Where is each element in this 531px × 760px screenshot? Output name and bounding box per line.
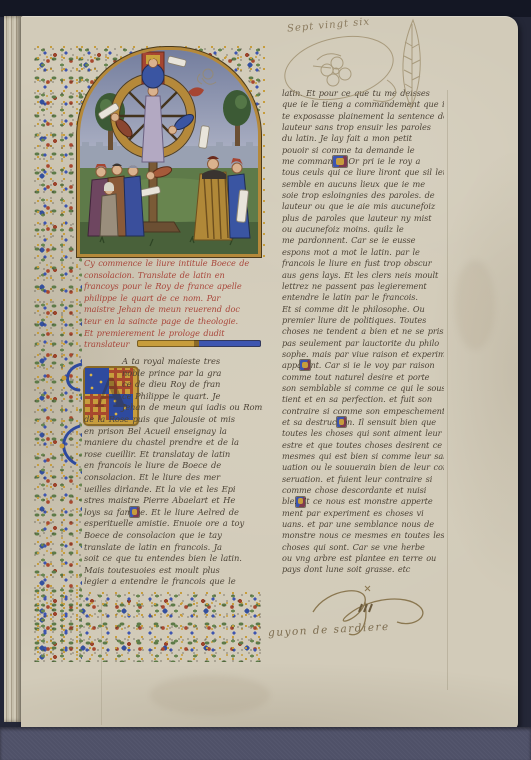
miniature-painting (80, 50, 258, 254)
manuscript-text-line: stres maistre Pierre Abaelart et He (84, 495, 263, 507)
manuscript-text-line: estre et que toutes choses desirent ce (282, 440, 444, 451)
backdrop-top-band (0, 0, 531, 17)
manuscript-text-line: Boece de consolacion que ie tay (84, 530, 263, 542)
manuscript-text-line: comme chose descordante et nuisi (282, 485, 444, 496)
champ-initial (296, 497, 305, 507)
manuscript-text-line: du latin. Je lay fait a mon petit (282, 133, 444, 144)
manuscript-text-line: contraire si comme son empeschement (282, 406, 444, 417)
manuscript-text-line: espons mot a mot le latin. par le (282, 247, 444, 258)
manuscript-text-line: en prison Bel Acueil enseignay la (84, 426, 263, 438)
manuscript-text-line: noble prince par la gra (84, 368, 263, 380)
manuscript-text-line: lauteur ou que ie aie mis aucunefoiz (282, 201, 444, 212)
manuscript-text-line: francoys pour le Roy de france apelle (84, 281, 263, 293)
king-regno (142, 52, 164, 88)
manuscript-text-line: aus gens lays. Et les clers neis moult (282, 270, 444, 281)
manuscript-text-line: mesmes qui est bien si comme leur sal (282, 451, 444, 462)
champ-initial (300, 360, 310, 370)
wheel-of-fortune-miniature (80, 50, 258, 254)
text-column-left: A ta royal maieste tresnoble prince par … (84, 356, 263, 588)
manuscript-text-line: Mais toutesuoies est moult plus (84, 565, 263, 577)
manuscript-text-line: ce de dieu Roy de fran (84, 379, 263, 391)
manuscript-text-line: premier liure de politiques. Toutes (282, 315, 444, 326)
manuscript-text-line: philippe le quart de ce nom. Par (84, 293, 263, 305)
manuscript-text-line: entendre le latin par le francois. (282, 292, 444, 303)
manuscript-text-line: rose cueillir. Et translatay de latin (84, 449, 263, 461)
manuscript-text-line: Et premierement le prologe dudit (84, 328, 263, 340)
pen-trial-feather-sketch (395, 18, 431, 112)
champ-initial (333, 156, 347, 167)
manuscript-text-line: teur en la saincte page de theologie. (84, 316, 263, 328)
manuscript-text-line: lettrez ne passent pas legierement (282, 281, 444, 292)
backdrop-cloth (0, 727, 531, 760)
manuscript-text-line: ment par experiment es choses vi (282, 508, 444, 519)
manuscript-text-line: plus de paroles que lauteur ny mist (282, 213, 444, 224)
parchment-stain (455, 260, 495, 350)
manuscript-text-line: A ta royal maieste tres (84, 356, 263, 368)
acanthus-flourish (52, 360, 86, 470)
manuscript-text-line: ou aucunefoiz moins. quilz le (282, 224, 444, 235)
line-filler-bar (137, 340, 261, 347)
manuscript-text-line: pas seulement par lauctorite du philo (282, 338, 444, 349)
manuscript-text-line: uation ou le souuerain bien de leur con (282, 462, 444, 473)
champ-initial-gold-letter (339, 419, 344, 425)
manuscript-text-line: semble en aucuns lieux que ie me (282, 179, 444, 190)
manuscript-text-line: choses ne tendent a bien et ne se prist (282, 326, 444, 337)
manuscript-text-line: me commanda. Or pri ie le roy a (282, 156, 444, 167)
manuscript-text-line: Et si comme dit le philosophe. Ou (282, 304, 444, 315)
champ-initial-gold-letter (336, 158, 344, 165)
rubric-incipit: Cy commence le liure intitule Boece deco… (84, 258, 263, 351)
small-x-mark (365, 586, 370, 591)
manuscript-text-line: te exposasse plainement la sentence de (282, 111, 444, 122)
manuscript-text-line: sophe. mais par viue raison et experimen… (282, 349, 444, 360)
manuscript-text-line: de la Rose puis que Jalousie ot mis (84, 414, 263, 426)
champ-initial (337, 417, 346, 427)
manuscript-text-line: en francois le liure de Boece de (84, 460, 263, 472)
miniature-spandrels (77, 46, 265, 258)
manuscript-text-line: consolacion. Translate de latin en (84, 270, 263, 282)
manuscript-text-line: legier a entendre le francois que le (84, 576, 263, 588)
millefleur-border-left (33, 46, 82, 662)
manuscript-text-line: maniere du chastel prendre et de la (84, 437, 263, 449)
champ-initial-gold-letter (132, 509, 137, 515)
millefleur-border-bottom (33, 592, 261, 662)
manuscript-text-line: pays dont lune soit grasse. etc (282, 564, 444, 575)
manuscript-text-line: monstre nous ce mesmes en toutes les (282, 530, 444, 541)
manuscript-text-line: me pardonnent. Car se ie eusse (282, 235, 444, 246)
manuscript-text-line: lauteur sans trop ensuir les paroles (282, 122, 444, 133)
text-column-right: latin. Et pour ce que tu me deissesque i… (282, 88, 444, 576)
manuscript-text-line: translate de latin en francois. Ja (84, 542, 263, 554)
manuscript-text-line: francois le liure en fust trop obscur (282, 258, 444, 269)
manuscript-text-line: uans. et par une semblance nous de (282, 519, 444, 530)
manuscript-text-line: tous ceuls qui ce liure liront que sil l… (282, 167, 444, 178)
manuscript-text-line: tient et en sa perfection. et fuit son (282, 394, 444, 405)
manuscript-text-line: soit ce que tu entendes bien le latin. (84, 553, 263, 565)
manuscript-text-line: comme tout naturel desire et porte (282, 372, 444, 383)
manuscript-text-line: pouoir si comme ta demande le (282, 145, 444, 156)
oval-cipher-sketch (279, 30, 401, 108)
manuscript-text-line: toutes les choses qui sont aiment leur (282, 428, 444, 439)
manuscript-text-line: esperituelle amistie. Enuoie ore a toy (84, 518, 263, 530)
manuscript-text-line: consolacion. Et le liure des mer (84, 472, 263, 484)
manuscript-text-line: et sa destruction. Il sensuit bien que (282, 417, 444, 428)
manuscript-photo: Cy commence le liure intitule Boece deco… (0, 0, 531, 760)
manuscript-text-line: choses qui sont. Car se vne herbe (282, 542, 444, 553)
champ-initial (130, 507, 139, 517)
book-gutter-page-edges (4, 16, 22, 722)
champ-initial-gold-letter (298, 498, 303, 504)
parchment-crease (447, 90, 448, 690)
manuscript-text-line: ble. Et ce nous est monstre apperte (282, 496, 444, 507)
manuscript-text-line: maistre Jehan de meun reuerend doc (84, 304, 263, 316)
parchment-stain (150, 675, 270, 715)
manuscript-text-line: son semblable si comme ce qui le sous (282, 383, 444, 394)
manuscript-text-line: soie trop esloingnies des paroles. de (282, 190, 444, 201)
manuscript-text-line: ou vng arbre est plantee en terre ou (282, 553, 444, 564)
manuscript-text-line: ce Philippe le quart. Je (84, 391, 263, 403)
manuscript-text-line: seruation. et fuient leur contraire si (282, 474, 444, 485)
manuscript-text-line: Cy commence le liure intitule Boece de (84, 258, 263, 270)
manuscript-text-line: loys sa famme. Et le liure Aelred de (84, 507, 263, 519)
champ-initial-gold-letter (302, 362, 308, 368)
onlookers-left (88, 164, 144, 237)
manuscript-text-line: Jehan de meun qui iadis ou Rommant (84, 402, 263, 414)
manuscript-text-line: ueilles dirlande. Et la vie et les Epi (84, 484, 263, 496)
